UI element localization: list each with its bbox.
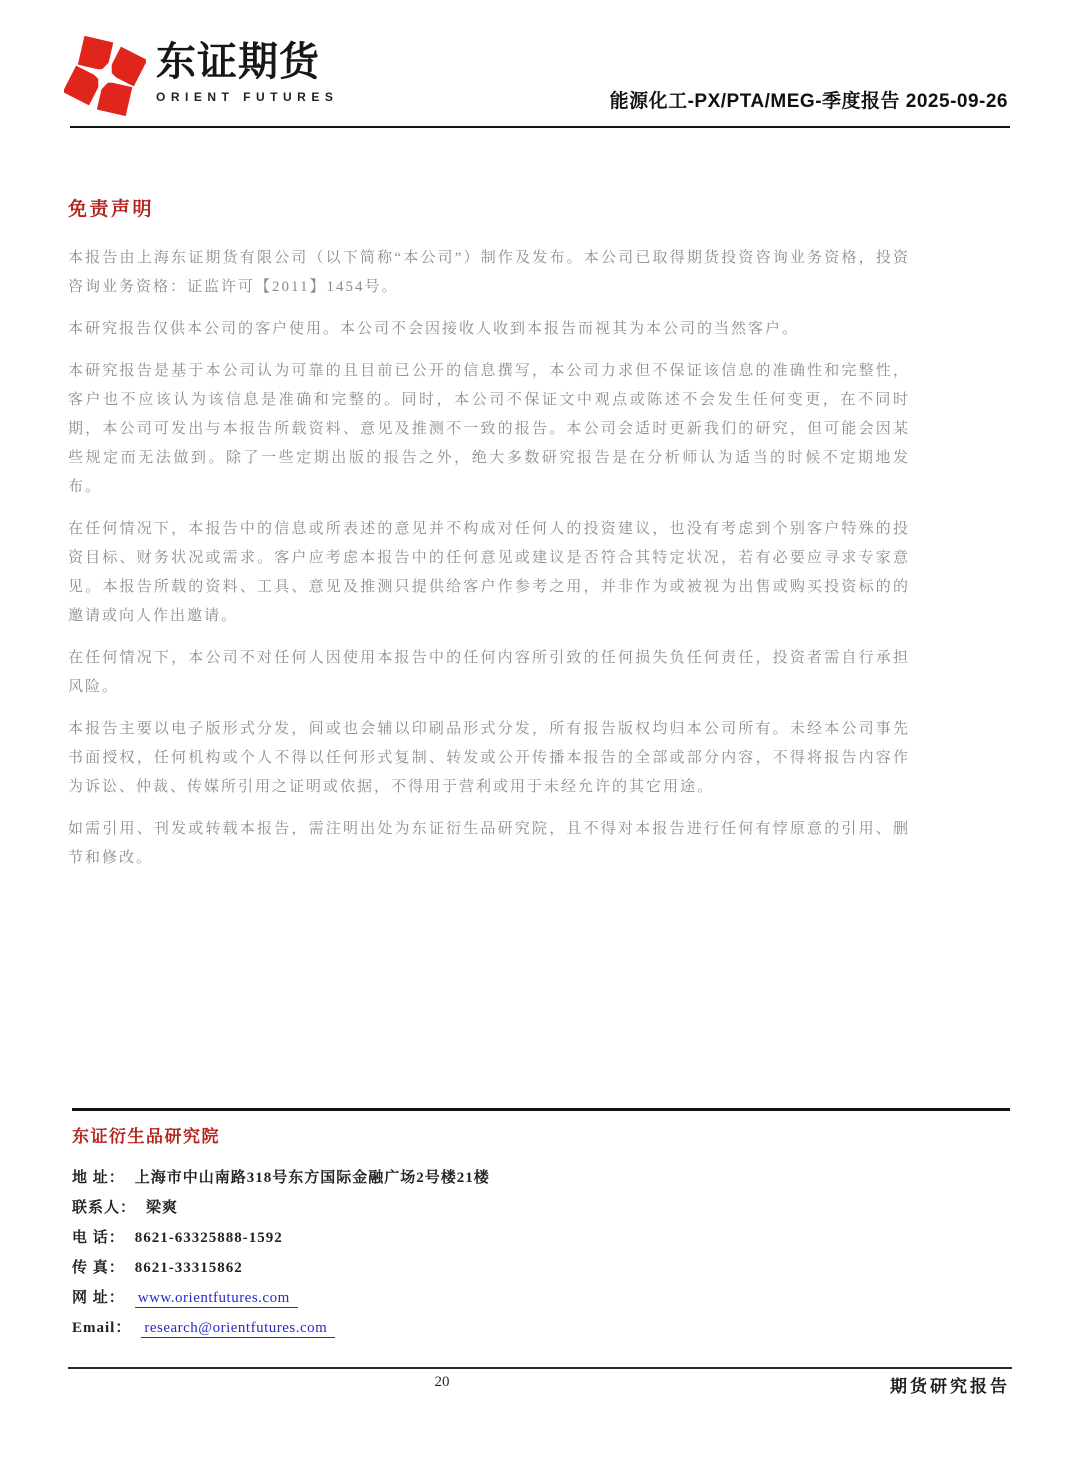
disclaimer-title: 免责声明 bbox=[68, 194, 154, 221]
disclaimer-paragraph: 本研究报告仅供本公司的客户使用。本公司不会因接收人收到本报告而视其为本公司的当然… bbox=[68, 315, 910, 344]
report-page: 东证期货 ORIENT FUTURES 能源化工-PX/PTA/MEG-季度报告… bbox=[0, 0, 1080, 1466]
contact-row-address: 地 址：上海市中山南路318号东方国际金融广场2号楼21楼 bbox=[72, 1163, 1010, 1193]
address-label: 地 址： bbox=[72, 1170, 125, 1186]
fax-label: 传 真： bbox=[72, 1260, 125, 1276]
contact-rows: 地 址：上海市中山南路318号东方国际金融广场2号楼21楼 联系人：梁爽 电 话… bbox=[72, 1163, 1010, 1343]
research-institute-title: 东证衍生品研究院 bbox=[72, 1122, 1010, 1147]
website-label: 网 址： bbox=[72, 1290, 125, 1306]
disclaimer-paragraph: 本报告主要以电子版形式分发，间或也会辅以印刷品形式分发，所有报告版权均归本公司所… bbox=[68, 715, 910, 802]
footer-divider bbox=[68, 1367, 1012, 1369]
disclaimer-paragraph: 如需引用、刊发或转载本报告，需注明出处为东证衍生品研究院，且不得对本报告进行任何… bbox=[68, 815, 910, 873]
contact-row-phone: 电 话：8621-63325888-1592 bbox=[72, 1223, 1010, 1253]
contact-row-fax: 传 真：8621-33315862 bbox=[72, 1253, 1010, 1283]
logo-name-cn: 东证期货 bbox=[156, 40, 338, 84]
contact-person-value: 梁爽 bbox=[146, 1200, 178, 1216]
company-logo: 东证期货 ORIENT FUTURES bbox=[64, 36, 338, 116]
email-label: Email： bbox=[72, 1320, 131, 1336]
contact-person-label: 联系人： bbox=[72, 1200, 136, 1216]
orient-futures-logo-icon bbox=[64, 36, 146, 116]
contact-row-email: Email：research@orientfutures.com bbox=[72, 1313, 1010, 1343]
contact-top-divider bbox=[72, 1108, 1010, 1111]
fax-value: 8621-33315862 bbox=[135, 1260, 243, 1276]
report-header-title: 能源化工-PX/PTA/MEG-季度报告 2025-09-26 bbox=[610, 86, 1008, 113]
website-link[interactable]: www.orientfutures.com bbox=[135, 1290, 298, 1308]
logo-name-en: ORIENT FUTURES bbox=[156, 88, 338, 106]
phone-label: 电 话： bbox=[72, 1230, 125, 1246]
logo-text: 东证期货 ORIENT FUTURES bbox=[156, 36, 338, 106]
research-institute-contact: 东证衍生品研究院 地 址：上海市中山南路318号东方国际金融广场2号楼21楼 联… bbox=[72, 1108, 1010, 1343]
footer-report-type: 期货研究报告 bbox=[890, 1372, 1010, 1397]
address-value: 上海市中山南路318号东方国际金融广场2号楼21楼 bbox=[135, 1170, 490, 1186]
disclaimer-body: 本报告由上海东证期货有限公司（以下简称“本公司”）制作及发布。本公司已取得期货投… bbox=[68, 244, 910, 886]
disclaimer-paragraph: 本报告由上海东证期货有限公司（以下简称“本公司”）制作及发布。本公司已取得期货投… bbox=[68, 244, 910, 302]
disclaimer-paragraph: 在任何情况下，本报告中的信息或所表述的意见并不构成对任何人的投资建议，也没有考虑… bbox=[68, 515, 910, 631]
disclaimer-paragraph: 在任何情况下，本公司不对任何人因使用本报告中的任何内容所引致的任何损失负任何责任… bbox=[68, 644, 910, 702]
phone-value: 8621-63325888-1592 bbox=[135, 1230, 283, 1246]
header-divider bbox=[70, 126, 1010, 128]
disclaimer-paragraph: 本研究报告是基于本公司认为可靠的且目前已公开的信息撰写，本公司力求但不保证该信息… bbox=[68, 357, 910, 502]
contact-row-website: 网 址：www.orientfutures.com bbox=[72, 1283, 1010, 1313]
page-number: 20 bbox=[412, 1374, 472, 1391]
email-link[interactable]: research@orientfutures.com bbox=[141, 1320, 335, 1338]
contact-row-person: 联系人：梁爽 bbox=[72, 1193, 1010, 1223]
